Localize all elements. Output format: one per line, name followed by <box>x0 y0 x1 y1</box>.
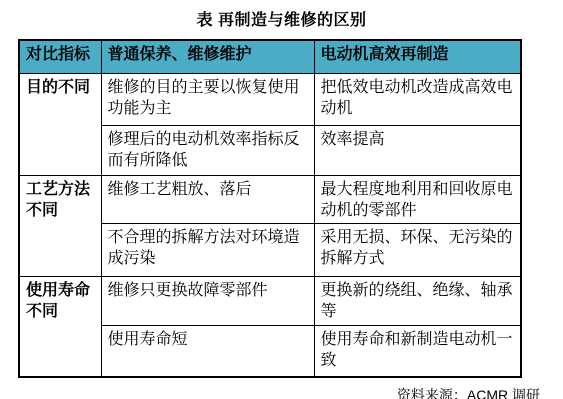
source-note: 资料来源：ACMR 调研 <box>0 385 563 399</box>
cell-purpose-remanufacturing-1: 把低效电动机改造成高效电动机 <box>314 73 521 125</box>
table-row: 目的不同 维修的目的主要以恢复使用功能为主 把低效电动机改造成高效电动机 <box>19 73 521 125</box>
cell-purpose-maintenance-2: 修理后的电动机效率指标反而有所降低 <box>101 125 314 175</box>
row-group-label-purpose: 目的不同 <box>19 73 101 175</box>
header-cell-indicator: 对比指标 <box>19 40 101 73</box>
cell-lifespan-maintenance-2: 使用寿命短 <box>101 325 314 377</box>
cell-purpose-remanufacturing-2: 效率提高 <box>314 125 521 175</box>
cell-lifespan-maintenance-1: 维修只更换故障零部件 <box>101 276 314 325</box>
cell-process-remanufacturing-2: 采用无损、环保、无污染的拆解方式 <box>314 223 521 276</box>
table-title: 表 再制造与维修的区别 <box>0 0 563 30</box>
cell-lifespan-remanufacturing-2: 使用寿命和新制造电动机一致 <box>314 325 521 377</box>
cell-process-maintenance-1: 维修工艺粗放、落后 <box>101 175 314 223</box>
header-cell-ordinary-maintenance: 普通保养、维修维护 <box>101 40 314 73</box>
row-group-label-process-method: 工艺方法不同 <box>19 175 101 276</box>
cell-process-maintenance-2: 不合理的拆解方法对环境造成污染 <box>101 223 314 276</box>
cell-lifespan-remanufacturing-1: 更换新的绕组、绝缘、轴承等 <box>314 276 521 325</box>
page: 表 再制造与维修的区别 对比指标 普通保养、维修维护 电动机高效再制造 目的不同… <box>0 0 563 399</box>
header-cell-efficient-remanufacturing: 电动机高效再制造 <box>314 40 521 73</box>
header-row: 对比指标 普通保养、维修维护 电动机高效再制造 <box>19 40 521 73</box>
table-row: 使用寿命不同 维修只更换故障零部件 更换新的绕组、绝缘、轴承等 <box>19 276 521 325</box>
cell-purpose-maintenance-1: 维修的目的主要以恢复使用功能为主 <box>101 73 314 125</box>
table-row: 工艺方法不同 维修工艺粗放、落后 最大程度地利用和回收原电动机的零部件 <box>19 175 521 223</box>
row-group-label-service-life: 使用寿命不同 <box>19 276 101 377</box>
comparison-table: 对比指标 普通保养、维修维护 电动机高效再制造 目的不同 维修的目的主要以恢复使… <box>18 39 522 378</box>
cell-process-remanufacturing-1: 最大程度地利用和回收原电动机的零部件 <box>314 175 521 223</box>
